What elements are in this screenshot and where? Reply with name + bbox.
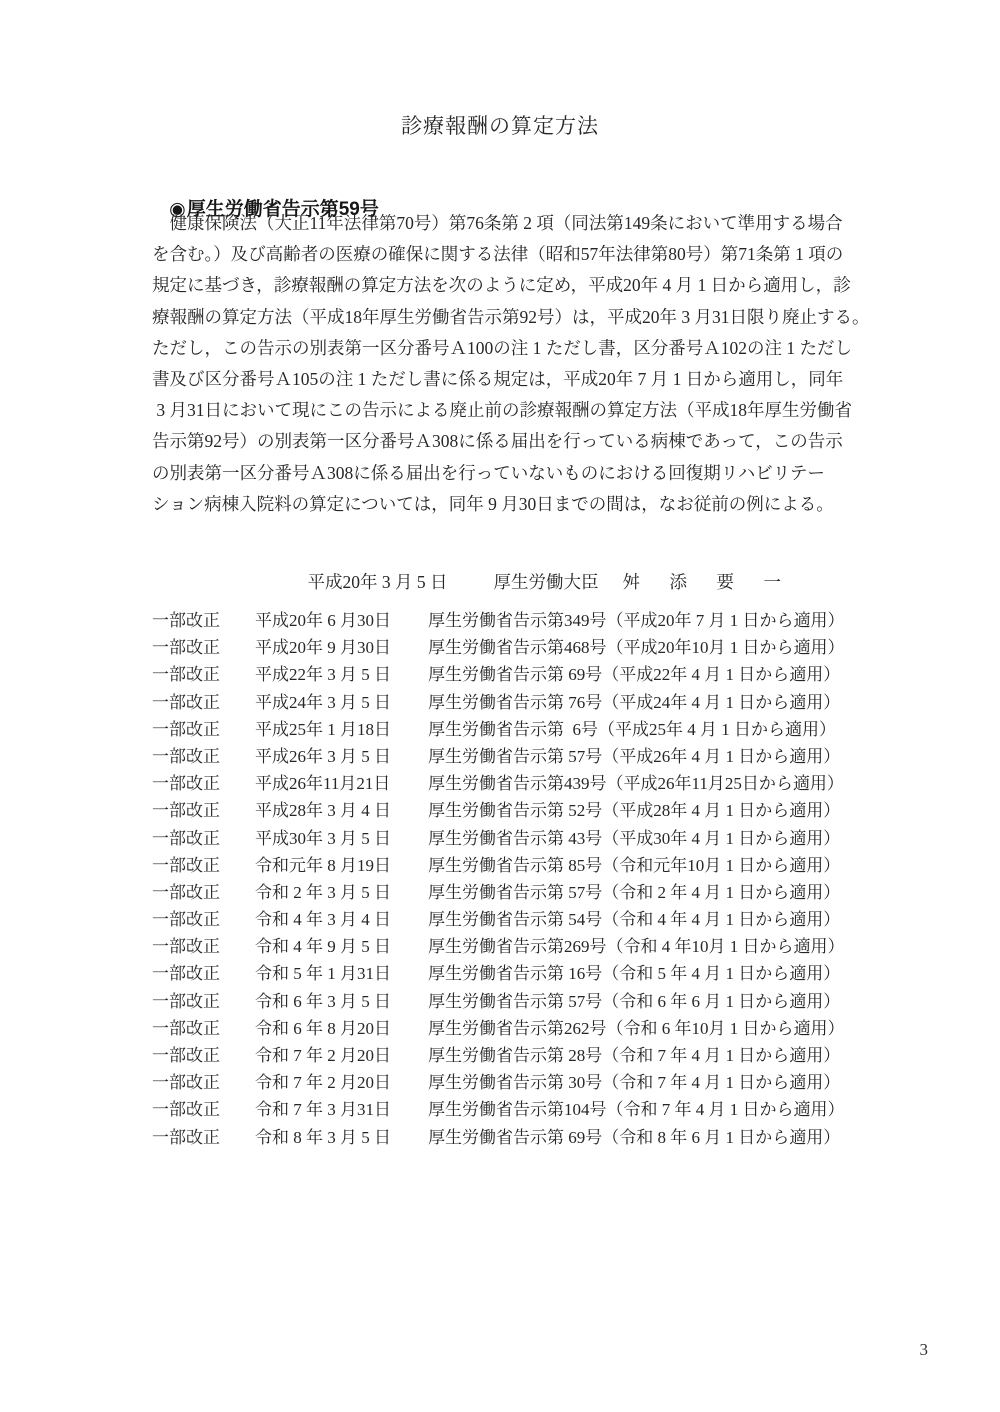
amendment-label: 一部改正 — [152, 797, 255, 824]
amendment-row: 一部改正 平成20年 9 月30日 厚生労働省告示第468号（平成20年10月 … — [152, 634, 862, 661]
signature-line: 平成20年 3 月 5 日厚生労働大臣舛 添 要 一 — [290, 548, 787, 615]
amendment-row: 一部改正 令和 6 年 8 月20日 厚生労働省告示第262号（令和 6 年10… — [152, 1015, 862, 1042]
amendment-row: 一部改正 平成20年 6 月30日 厚生労働省告示第349号（平成20年 7 月… — [152, 607, 862, 634]
notice-body-paragraph: 健康保険法（大正11年法律第70号）第76条第 2 項（同法第149条において準… — [152, 208, 862, 520]
amendment-row: 一部改正 平成24年 3 月 5 日 厚生労働省告示第 76号（平成24年 4 … — [152, 689, 862, 716]
amendment-notice: 厚生労働省告示第 57号（令和 6 年 6 月 1 日から適用） — [428, 988, 862, 1015]
body-text-line: 告示第92号）の別表第一区分番号Ａ308に係る届出を行っている病棟であって，この… — [152, 426, 862, 457]
amendment-date: 令和 4 年 3 月 4 日 — [255, 906, 428, 933]
body-text-line: ション病棟入院料の算定については，同年 9 月30日までの間は，なお従前の例によ… — [152, 489, 862, 520]
amendment-notice: 厚生労働省告示第104号（令和 7 年 4 月 1 日から適用） — [428, 1096, 862, 1123]
amendment-notice: 厚生労働省告示第 85号（令和元年10月 1 日から適用） — [428, 852, 862, 879]
body-text-line: 書及び区分番号Ａ105の注 1 ただし書に係る規定は，平成20年 7 月 1 日… — [152, 364, 862, 395]
amendment-notice: 厚生労働省告示第269号（令和 4 年10月 1 日から適用） — [428, 933, 862, 960]
amendment-notice: 厚生労働省告示第 69号（令和 8 年 6 月 1 日から適用） — [428, 1124, 862, 1151]
amendment-row: 一部改正 平成30年 3 月 5 日 厚生労働省告示第 43号（平成30年 4 … — [152, 825, 862, 852]
amendment-date: 令和 7 年 2 月20日 — [255, 1042, 428, 1069]
amendment-row: 一部改正 令和 7 年 3 月31日 厚生労働省告示第104号（令和 7 年 4… — [152, 1096, 862, 1123]
amendment-label: 一部改正 — [152, 825, 255, 852]
amendment-notice: 厚生労働省告示第468号（平成20年10月 1 日から適用） — [428, 634, 862, 661]
amendment-label: 一部改正 — [152, 743, 255, 770]
amendment-notice: 厚生労働省告示第 52号（平成28年 4 月 1 日から適用） — [428, 797, 862, 824]
amendment-row: 一部改正 令和 7 年 2 月20日 厚生労働省告示第 28号（令和 7 年 4… — [152, 1042, 862, 1069]
amendment-date: 平成26年 3 月 5 日 — [255, 743, 428, 770]
amendment-row: 一部改正 令和元年 8 月19日 厚生労働省告示第 85号（令和元年10月 1 … — [152, 852, 862, 879]
amendment-label: 一部改正 — [152, 634, 255, 661]
amendment-date: 平成25年 1 月18日 — [255, 716, 428, 743]
amendment-notice: 厚生労働省告示第439号（平成26年11月25日から適用） — [428, 770, 862, 797]
body-text-line: を含む。）及び高齢者の医療の確保に関する法律（昭和57年法律第80号）第71条第… — [152, 239, 862, 270]
amendment-date: 令和 6 年 8 月20日 — [255, 1015, 428, 1042]
amendment-row: 一部改正 令和 7 年 2 月20日 厚生労働省告示第 30号（令和 7 年 4… — [152, 1069, 862, 1096]
amendment-row: 一部改正 平成22年 3 月 5 日 厚生労働省告示第 69号（平成22年 4 … — [152, 661, 862, 688]
amendment-row: 一部改正 令和 4 年 3 月 4 日 厚生労働省告示第 54号（令和 4 年 … — [152, 906, 862, 933]
amendment-label: 一部改正 — [152, 1015, 255, 1042]
amendment-date: 平成26年11月21日 — [255, 770, 428, 797]
amendment-date: 平成28年 3 月 4 日 — [255, 797, 428, 824]
amendment-row: 一部改正 平成26年11月21日 厚生労働省告示第439号（平成26年11月25… — [152, 770, 862, 797]
amendment-notice: 厚生労働省告示第 6号（平成25年 4 月 1 日から適用） — [428, 716, 862, 743]
amendment-date: 令和 7 年 2 月20日 — [255, 1069, 428, 1096]
amendment-date: 令和 4 年 9 月 5 日 — [255, 933, 428, 960]
amendment-label: 一部改正 — [152, 1069, 255, 1096]
amendment-row: 一部改正 平成26年 3 月 5 日 厚生労働省告示第 57号（平成26年 4 … — [152, 743, 862, 770]
amendment-label: 一部改正 — [152, 933, 255, 960]
amendment-notice: 厚生労働省告示第 28号（令和 7 年 4 月 1 日から適用） — [428, 1042, 862, 1069]
amendment-history-list: 一部改正 平成20年 6 月30日 厚生労働省告示第349号（平成20年 7 月… — [152, 607, 862, 1151]
document-page: 診療報酬の算定方法 ◉厚生労働省告示第59号 健康保険法（大正11年法律第70号… — [0, 0, 1000, 1412]
amendment-date: 平成20年 6 月30日 — [255, 607, 428, 634]
body-text-line: 療報酬の算定方法（平成18年厚生労働省告示第92号）は，平成20年 3 月31日… — [152, 302, 862, 333]
amendment-notice: 厚生労働省告示第 16号（令和 5 年 4 月 1 日から適用） — [428, 960, 862, 987]
page-number: 3 — [920, 1340, 929, 1360]
amendment-row: 一部改正 平成25年 1 月18日 厚生労働省告示第 6号（平成25年 4 月 … — [152, 716, 862, 743]
amendment-notice: 厚生労働省告示第 30号（令和 7 年 4 月 1 日から適用） — [428, 1069, 862, 1096]
amendment-label: 一部改正 — [152, 661, 255, 688]
amendment-date: 平成30年 3 月 5 日 — [255, 825, 428, 852]
minister-name: 舛 添 要 一 — [623, 572, 788, 592]
body-text-line: 3 月31日において現にこの告示による廃止前の診療報酬の算定方法（平成18年厚生… — [152, 395, 862, 426]
amendment-label: 一部改正 — [152, 906, 255, 933]
amendment-row: 一部改正 平成28年 3 月 4 日 厚生労働省告示第 52号（平成28年 4 … — [152, 797, 862, 824]
amendment-date: 令和 2 年 3 月 5 日 — [255, 879, 428, 906]
amendment-label: 一部改正 — [152, 607, 255, 634]
amendment-date: 令和 7 年 3 月31日 — [255, 1096, 428, 1123]
amendment-date: 平成20年 9 月30日 — [255, 634, 428, 661]
amendment-row: 一部改正 令和 6 年 3 月 5 日 厚生労働省告示第 57号（令和 6 年 … — [152, 988, 862, 1015]
amendment-notice: 厚生労働省告示第 57号（平成26年 4 月 1 日から適用） — [428, 743, 862, 770]
amendment-date: 平成22年 3 月 5 日 — [255, 661, 428, 688]
amendment-notice: 厚生労働省告示第262号（令和 6 年10月 1 日から適用） — [428, 1015, 862, 1042]
amendment-date: 令和元年 8 月19日 — [255, 852, 428, 879]
amendment-row: 一部改正 令和 5 年 1 月31日 厚生労働省告示第 16号（令和 5 年 4… — [152, 960, 862, 987]
amendment-date: 令和 8 年 3 月 5 日 — [255, 1124, 428, 1151]
body-text-line: ただし，この告示の別表第一区分番号Ａ100の注 1 ただし書，区分番号Ａ102の… — [152, 333, 862, 364]
amendment-row: 一部改正 令和 8 年 3 月 5 日 厚生労働省告示第 69号（令和 8 年 … — [152, 1124, 862, 1151]
amendment-notice: 厚生労働省告示第 54号（令和 4 年 4 月 1 日から適用） — [428, 906, 862, 933]
body-text-line: 規定に基づき，診療報酬の算定方法を次のように定め，平成20年 4 月 1 日から… — [152, 270, 862, 301]
amendment-row: 一部改正 令和 4 年 9 月 5 日 厚生労働省告示第269号（令和 4 年1… — [152, 933, 862, 960]
amendment-label: 一部改正 — [152, 770, 255, 797]
amendment-notice: 厚生労働省告示第 76号（平成24年 4 月 1 日から適用） — [428, 689, 862, 716]
amendment-label: 一部改正 — [152, 689, 255, 716]
amendment-notice: 厚生労働省告示第349号（平成20年 7 月 1 日から適用） — [428, 607, 862, 634]
amendment-row: 一部改正 令和 2 年 3 月 5 日 厚生労働省告示第 57号（令和 2 年 … — [152, 879, 862, 906]
signature-date: 平成20年 3 月 5 日 — [308, 572, 448, 592]
amendment-label: 一部改正 — [152, 1124, 255, 1151]
amendment-label: 一部改正 — [152, 988, 255, 1015]
amendment-notice: 厚生労働省告示第 57号（令和 2 年 4 月 1 日から適用） — [428, 879, 862, 906]
amendment-label: 一部改正 — [152, 716, 255, 743]
page-title: 診療報酬の算定方法 — [0, 110, 1000, 140]
amendment-label: 一部改正 — [152, 1042, 255, 1069]
amendment-label: 一部改正 — [152, 852, 255, 879]
amendment-notice: 厚生労働省告示第 69号（平成22年 4 月 1 日から適用） — [428, 661, 862, 688]
amendment-date: 令和 5 年 1 月31日 — [255, 960, 428, 987]
amendment-date: 平成24年 3 月 5 日 — [255, 689, 428, 716]
amendment-label: 一部改正 — [152, 879, 255, 906]
amendment-label: 一部改正 — [152, 1096, 255, 1123]
minister-title: 厚生労働大臣 — [494, 572, 599, 592]
amendment-notice: 厚生労働省告示第 43号（平成30年 4 月 1 日から適用） — [428, 825, 862, 852]
amendment-date: 令和 6 年 3 月 5 日 — [255, 988, 428, 1015]
amendment-label: 一部改正 — [152, 960, 255, 987]
body-text-line: 健康保険法（大正11年法律第70号）第76条第 2 項（同法第149条において準… — [152, 208, 862, 239]
body-text-line: の別表第一区分番号Ａ308に係る届出を行っていないものにおける回復期リハビリテー — [152, 458, 862, 489]
